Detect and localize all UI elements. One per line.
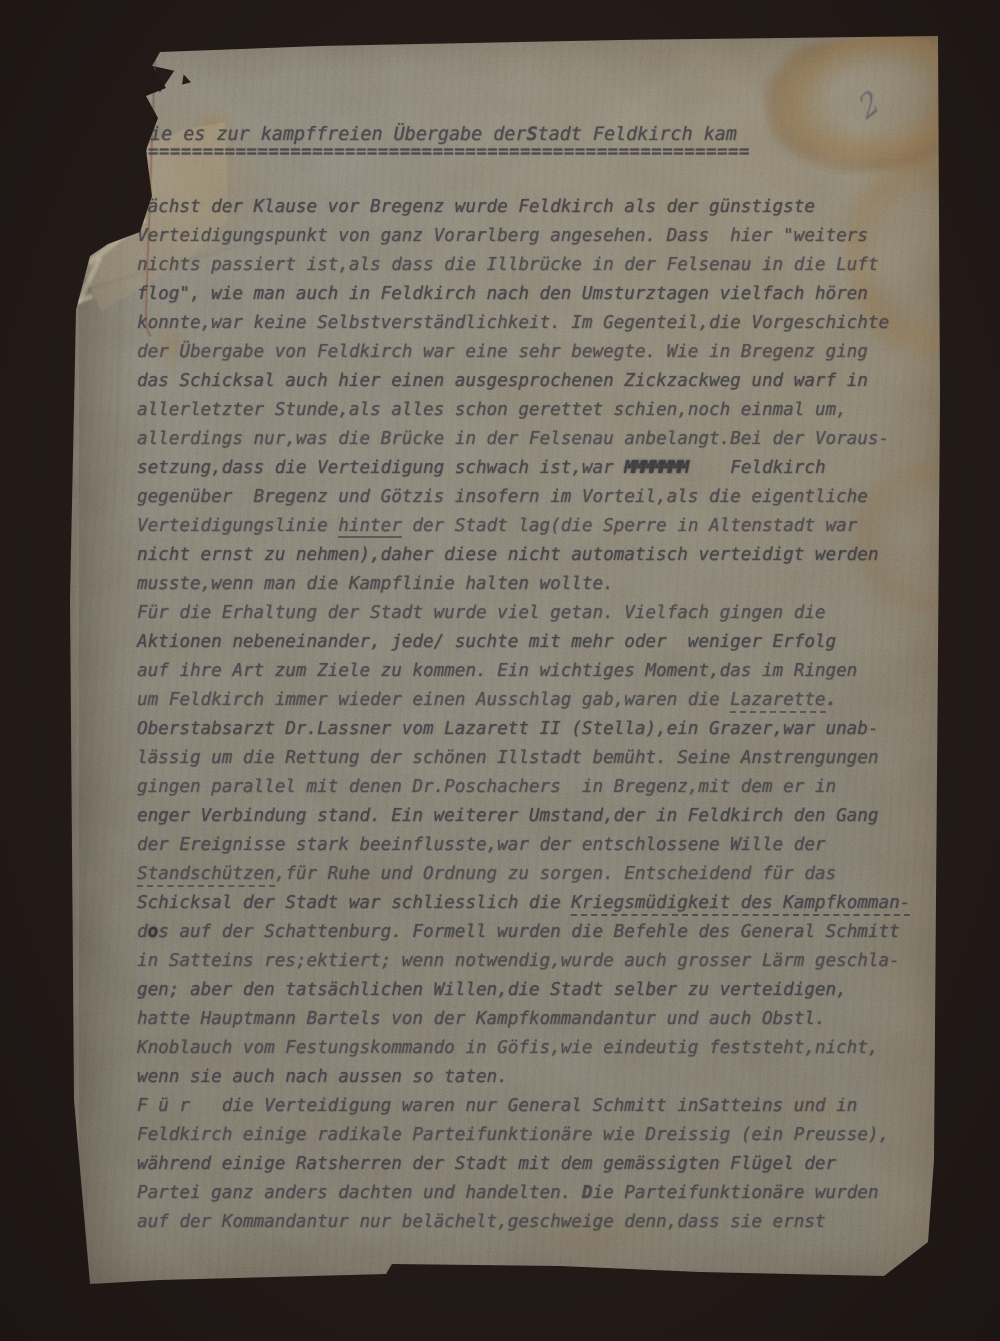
text-line: allerletzter Stunde,als alles schon gere… bbox=[137, 396, 910, 425]
text-segment: Kriegsmüdigkeit des Kampfkomman- bbox=[571, 893, 910, 916]
text-line: gen; aber den tatsächlichen Willen,die S… bbox=[137, 976, 910, 1005]
text-line: dos auf der Schattenburg. Formell wurden… bbox=[137, 918, 910, 947]
text-line: während einige Ratsherren der Stadt mit … bbox=[137, 1150, 910, 1179]
text-segment: wenn sie auch nach aussen so taten. bbox=[137, 1067, 508, 1087]
text-segment: Feldkirch bbox=[688, 458, 826, 478]
torn-edge-highlight bbox=[67, 294, 93, 308]
text-segment: Oberstabsarzt Dr.Lassner vom Lazarett II… bbox=[137, 719, 878, 739]
document-body: Nächst der Klause vor Bregenz wurde Feld… bbox=[137, 193, 910, 1237]
text-line: flog", wie man auch in Feldkirch nach de… bbox=[137, 280, 910, 309]
text-line: Verteidigungspunkt von ganz Vorarlberg a… bbox=[137, 222, 910, 251]
text-segment: Knoblauch vom Festungskommando in Göfis,… bbox=[137, 1038, 878, 1058]
text-segment: nichts passiert ist,als dass die Illbrüc… bbox=[137, 255, 878, 275]
text-line: Schicksal der Stadt war schliesslich die… bbox=[137, 889, 910, 918]
text-segment: der Übergabe von Feldkirch war eine sehr… bbox=[137, 342, 868, 362]
text-line: lässig um die Rettung der schönen Illsta… bbox=[137, 744, 910, 773]
text-segment: der Ereignisse stark beeinflusste,war de… bbox=[137, 835, 826, 855]
paper-hole bbox=[147, 60, 179, 96]
struck-out-text: MMMMMMM bbox=[624, 458, 688, 478]
text-line: allerdings nur,was die Brücke in der Fel… bbox=[137, 425, 910, 454]
crease-line bbox=[79, 30, 139, 1292]
text-segment: o bbox=[148, 922, 159, 942]
text-line: musste,wenn man die Kampflinie halten wo… bbox=[137, 570, 910, 599]
text-segment: während einige Ratsherren der Stadt mit … bbox=[137, 1154, 836, 1174]
text-segment: das Schicksal auch hier einen ausgesproc… bbox=[137, 371, 868, 391]
handwritten-page-number: 2 bbox=[854, 84, 885, 128]
text-segment: Für die Erhaltung der Stadt wurde viel g… bbox=[137, 603, 826, 623]
text-segment: enger Verbindung stand. Ein weiterer Ums… bbox=[137, 806, 878, 826]
text-segment: allerdings nur,was die Brücke in der Fel… bbox=[137, 429, 889, 449]
text-line: um Feldkirch immer wieder einen Ausschla… bbox=[137, 686, 910, 715]
text-line: Nächst der Klause vor Bregenz wurde Feld… bbox=[137, 193, 910, 222]
text-line: auf der Kommandantur nur belächelt,gesch… bbox=[137, 1208, 910, 1237]
text-line: nichts passiert ist,als dass die Illbrüc… bbox=[137, 251, 910, 280]
document-page: ie es zur kampffreien Übergabe derStadt … bbox=[65, 30, 955, 1292]
text-line: hatte Hauptmann Bartels von der Kampfkom… bbox=[137, 1005, 910, 1034]
text-segment: gen; aber den tatsächlichen Willen,die S… bbox=[137, 980, 847, 1000]
text-line: Für die Erhaltung der Stadt wurde viel g… bbox=[137, 599, 910, 628]
text-segment: ,für Ruhe und Ordnung zu sorgen. Entsche… bbox=[275, 864, 836, 884]
text-line: in Satteins res;ektiert; wenn notwendig,… bbox=[137, 947, 910, 976]
text-line: Partei ganz anders dachten und handelten… bbox=[137, 1179, 910, 1208]
text-line: Aktionen nebeneinander, jede/ suchte mit… bbox=[137, 628, 910, 657]
text-line: Standschützen,für Ruhe und Ordnung zu so… bbox=[137, 860, 910, 889]
text-segment: gingen parallel mit denen Dr.Poschachers… bbox=[137, 777, 836, 797]
text-segment: lässig um die Rettung der schönen Illsta… bbox=[137, 748, 878, 768]
text-line: wenn sie auch nach aussen so taten. bbox=[137, 1063, 910, 1092]
text-segment: . bbox=[826, 690, 837, 710]
text-line: Knoblauch vom Festungskommando in Göfis,… bbox=[137, 1034, 910, 1063]
paper-hole bbox=[179, 74, 192, 87]
text-line: Feldkirch einige radikale Parteifunktion… bbox=[137, 1121, 910, 1150]
text-line: Oberstabsarzt Dr.Lassner vom Lazarett II… bbox=[137, 715, 910, 744]
text-segment: konnte,war keine Selbstverständlichkeit.… bbox=[137, 313, 889, 333]
text-segment: Verteidigungspunkt von ganz Vorarlberg a… bbox=[137, 226, 868, 246]
title-underline: ========================================… bbox=[137, 142, 750, 162]
text-segment: Verteidigungslinie bbox=[137, 516, 338, 536]
text-line: F ü r die Verteidigung waren nur General… bbox=[137, 1092, 910, 1121]
text-line: gingen parallel mit denen Dr.Poschachers… bbox=[137, 773, 910, 802]
text-segment: um Feldkirch immer wieder einen Ausschla… bbox=[137, 690, 730, 710]
text-segment: nicht ernst zu nehmen),daher diese nicht… bbox=[137, 545, 878, 565]
text-segment: Standschützen bbox=[137, 864, 275, 887]
text-segment: der Stadt lag(die Sperre in Altenstadt w… bbox=[402, 516, 857, 536]
text-line: auf ihre Art zum Ziele zu kommen. Ein wi… bbox=[137, 657, 910, 686]
text-segment: musste,wenn man die Kampflinie halten wo… bbox=[137, 574, 614, 594]
text-line: der Ereignisse stark beeinflusste,war de… bbox=[137, 831, 910, 860]
text-segment: auf ihre Art zum Ziele zu kommen. Ein wi… bbox=[137, 661, 857, 681]
text-line: nicht ernst zu nehmen),daher diese nicht… bbox=[137, 541, 910, 570]
text-segment: hinter bbox=[338, 516, 402, 538]
text-segment: Lazarette bbox=[730, 690, 825, 713]
text-segment: Nächst der Klause vor Bregenz wurde Feld… bbox=[137, 197, 815, 217]
text-segment: in Satteins res;ektiert; wenn notwendig,… bbox=[137, 951, 900, 971]
text-line: setzung,dass die Verteidigung schwach is… bbox=[137, 454, 910, 483]
text-segment: Feldkirch einige radikale Parteifunktion… bbox=[137, 1125, 889, 1145]
text-segment: F ü r die Verteidigung waren nur General… bbox=[137, 1096, 857, 1116]
text-line: Verteidigungslinie hinter der Stadt lag(… bbox=[137, 512, 910, 541]
text-segment: Schicksal der Stadt war schliesslich die bbox=[137, 893, 571, 913]
photo-backdrop: ie es zur kampffreien Übergabe derStadt … bbox=[0, 0, 1000, 1341]
text-segment: flog", wie man auch in Feldkirch nach de… bbox=[137, 284, 868, 304]
text-segment: setzung,dass die Verteidigung schwach is… bbox=[137, 458, 624, 478]
text-segment: hatte Hauptmann Bartels von der Kampfkom… bbox=[137, 1009, 826, 1029]
text-line: gegenüber Bregenz und Götzis insofern im… bbox=[137, 483, 910, 512]
text-segment: Aktionen nebeneinander, jede/ suchte mit… bbox=[137, 632, 836, 652]
text-segment: D bbox=[582, 1183, 593, 1203]
text-segment: s auf der Schattenburg. Formell wurden d… bbox=[158, 922, 899, 942]
text-line: enger Verbindung stand. Ein weiterer Ums… bbox=[137, 802, 910, 831]
text-line: konnte,war keine Selbstverständlichkeit.… bbox=[137, 309, 910, 338]
text-line: das Schicksal auch hier einen ausgesproc… bbox=[137, 367, 910, 396]
text-segment: d bbox=[137, 922, 148, 942]
text-segment: allerletzter Stunde,als alles schon gere… bbox=[137, 400, 847, 420]
text-segment: ie Parteifunktionäre wurden bbox=[592, 1183, 878, 1203]
text-line: der Übergabe von Feldkirch war eine sehr… bbox=[137, 338, 910, 367]
text-segment: gegenüber Bregenz und Götzis insofern im… bbox=[137, 487, 868, 507]
text-segment: auf der Kommandantur nur belächelt,gesch… bbox=[137, 1212, 826, 1232]
text-segment: Partei ganz anders dachten und handelten… bbox=[137, 1183, 582, 1203]
